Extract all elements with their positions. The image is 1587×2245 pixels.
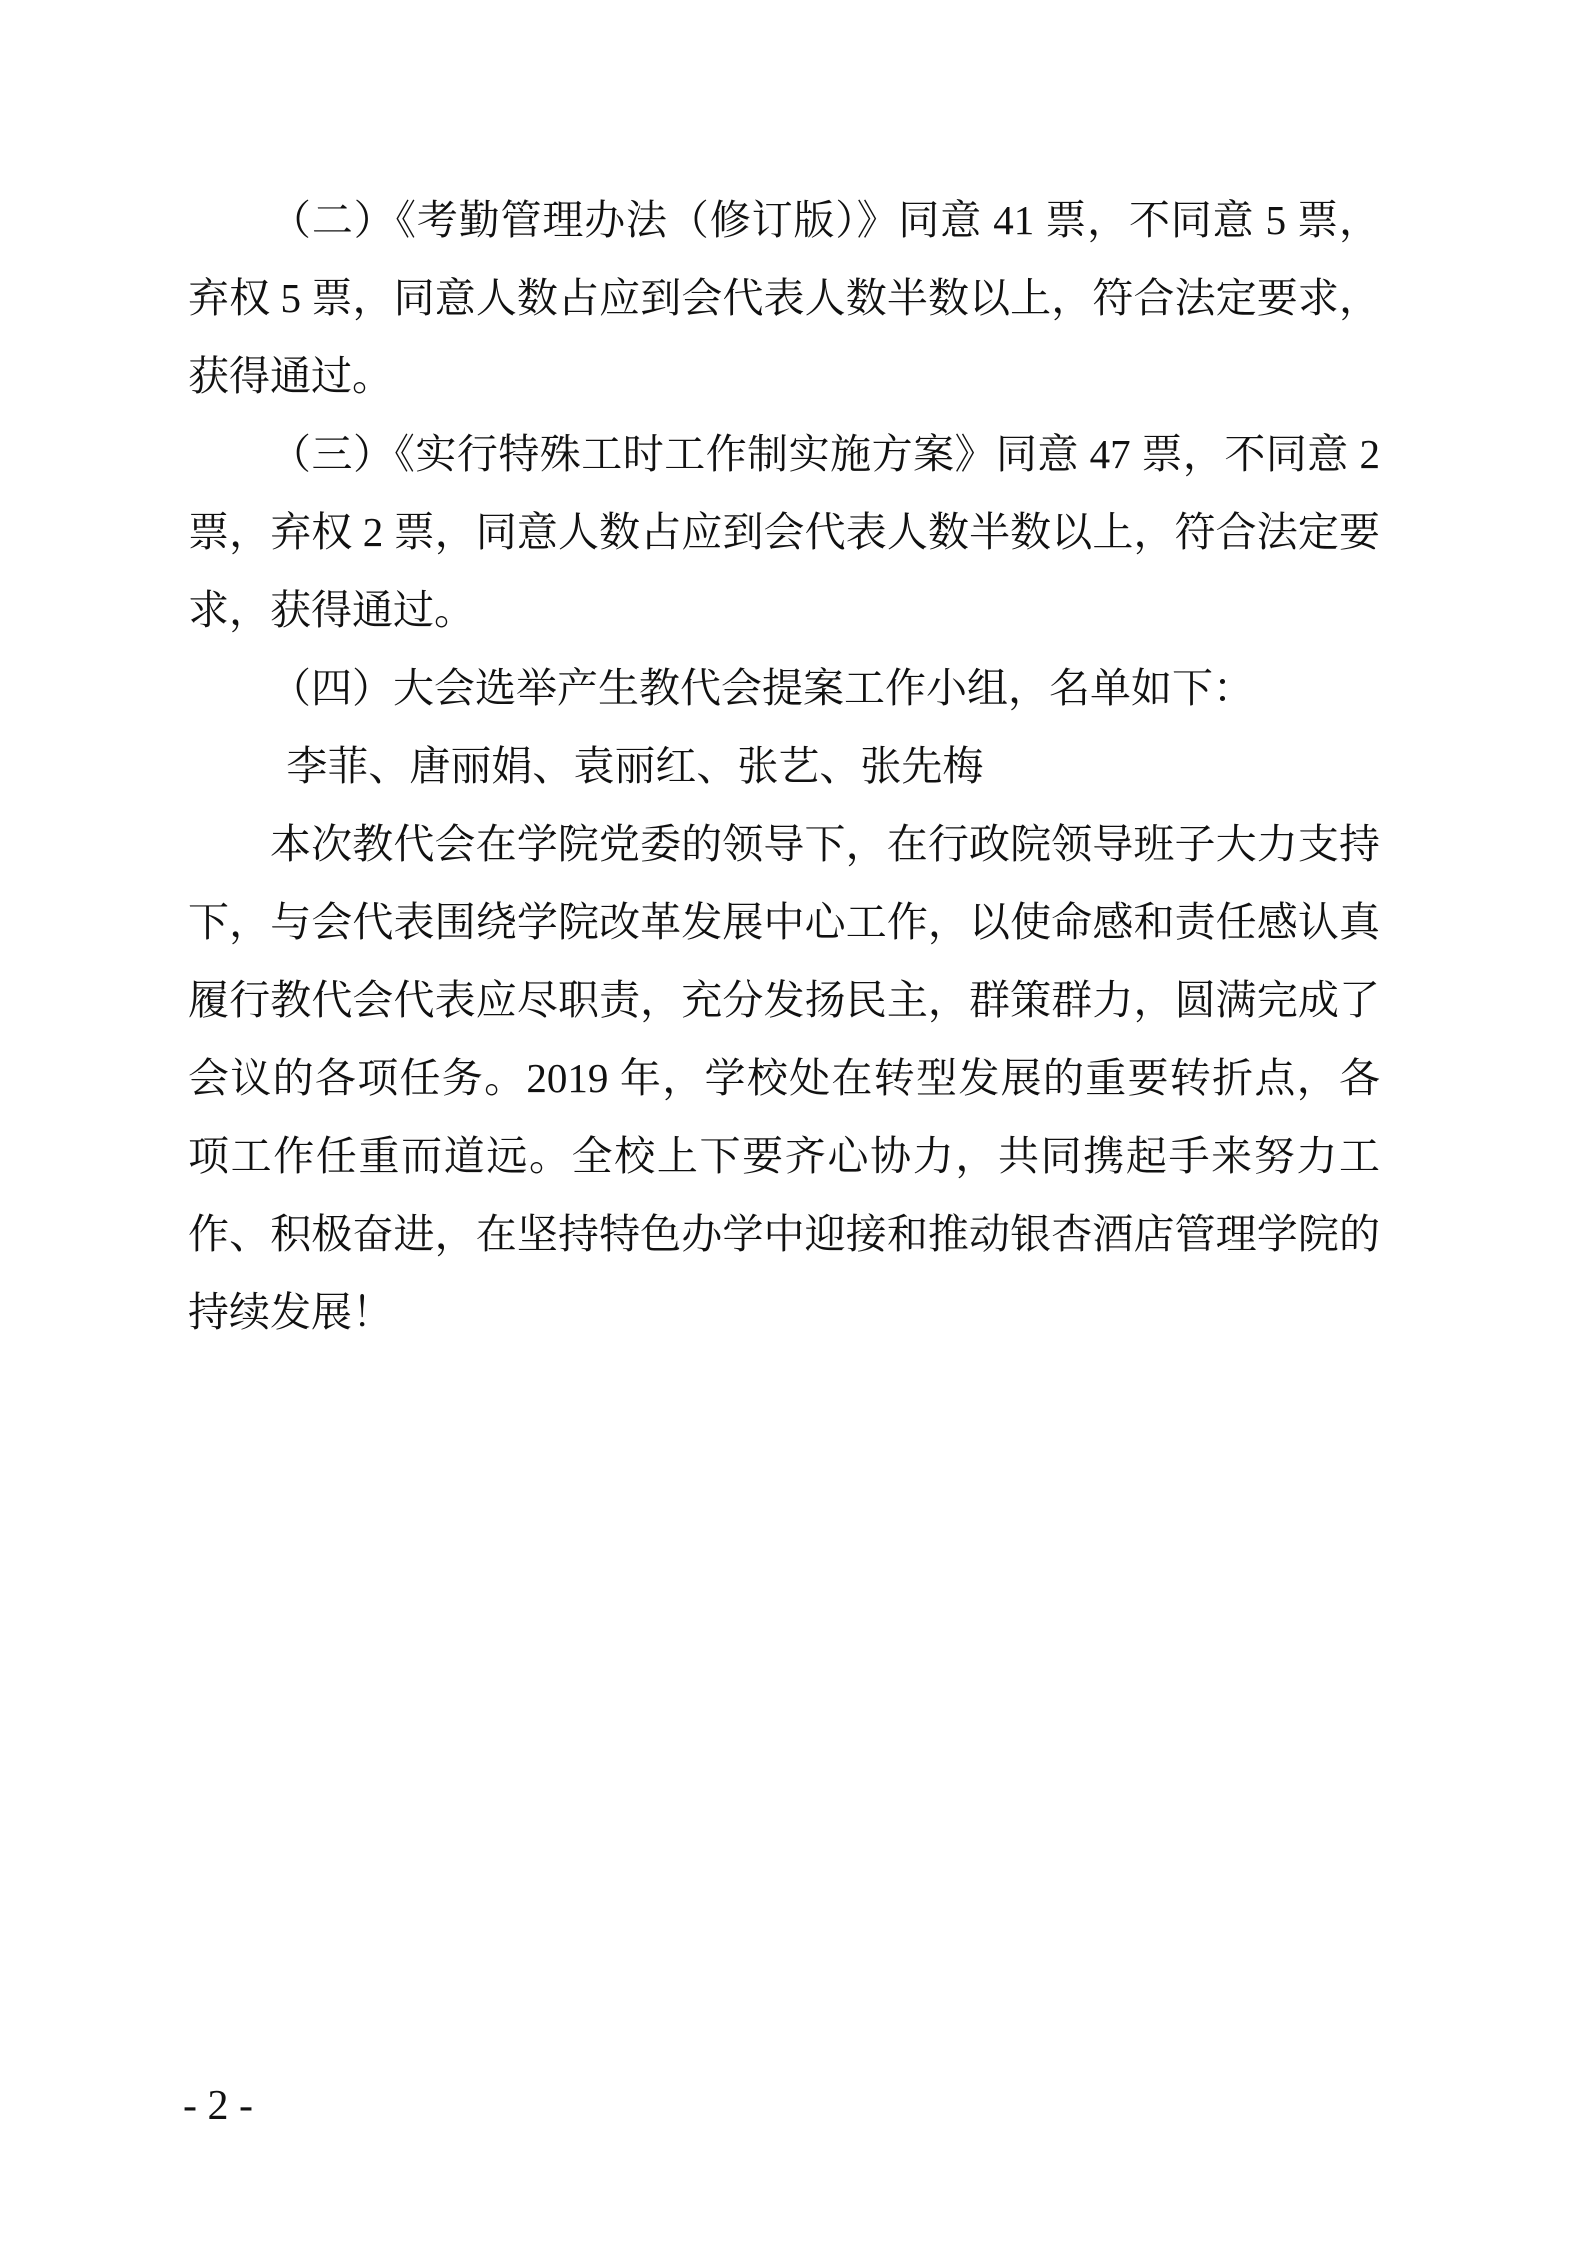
paragraph-vote-result-2: （二）《考勤管理办法（修订版）》同意 41 票，不同意 5 票，弃权 5 票，同… — [188, 181, 1380, 415]
page-number: - 2 - — [183, 2082, 253, 2130]
paragraph-name-list: 李菲、唐丽娟、袁丽红、张艺、张先梅 — [188, 727, 1380, 805]
document-body-text: （二）《考勤管理办法（修订版）》同意 41 票，不同意 5 票，弃权 5 票，同… — [188, 181, 1380, 1351]
paragraph-vote-result-3: （三）《实行特殊工时工作制实施方案》同意 47 票，不同意 2 票，弃权 2 票… — [188, 415, 1380, 649]
paragraph-proposal-group-intro: （四）大会选举产生教代会提案工作小组，名单如下： — [188, 649, 1380, 727]
document-page: （二）《考勤管理办法（修订版）》同意 41 票，不同意 5 票，弃权 5 票，同… — [0, 0, 1587, 2245]
paragraph-closing-summary: 本次教代会在学院党委的领导下，在行政院领导班子大力支持下，与会代表围绕学院改革发… — [188, 805, 1380, 1351]
